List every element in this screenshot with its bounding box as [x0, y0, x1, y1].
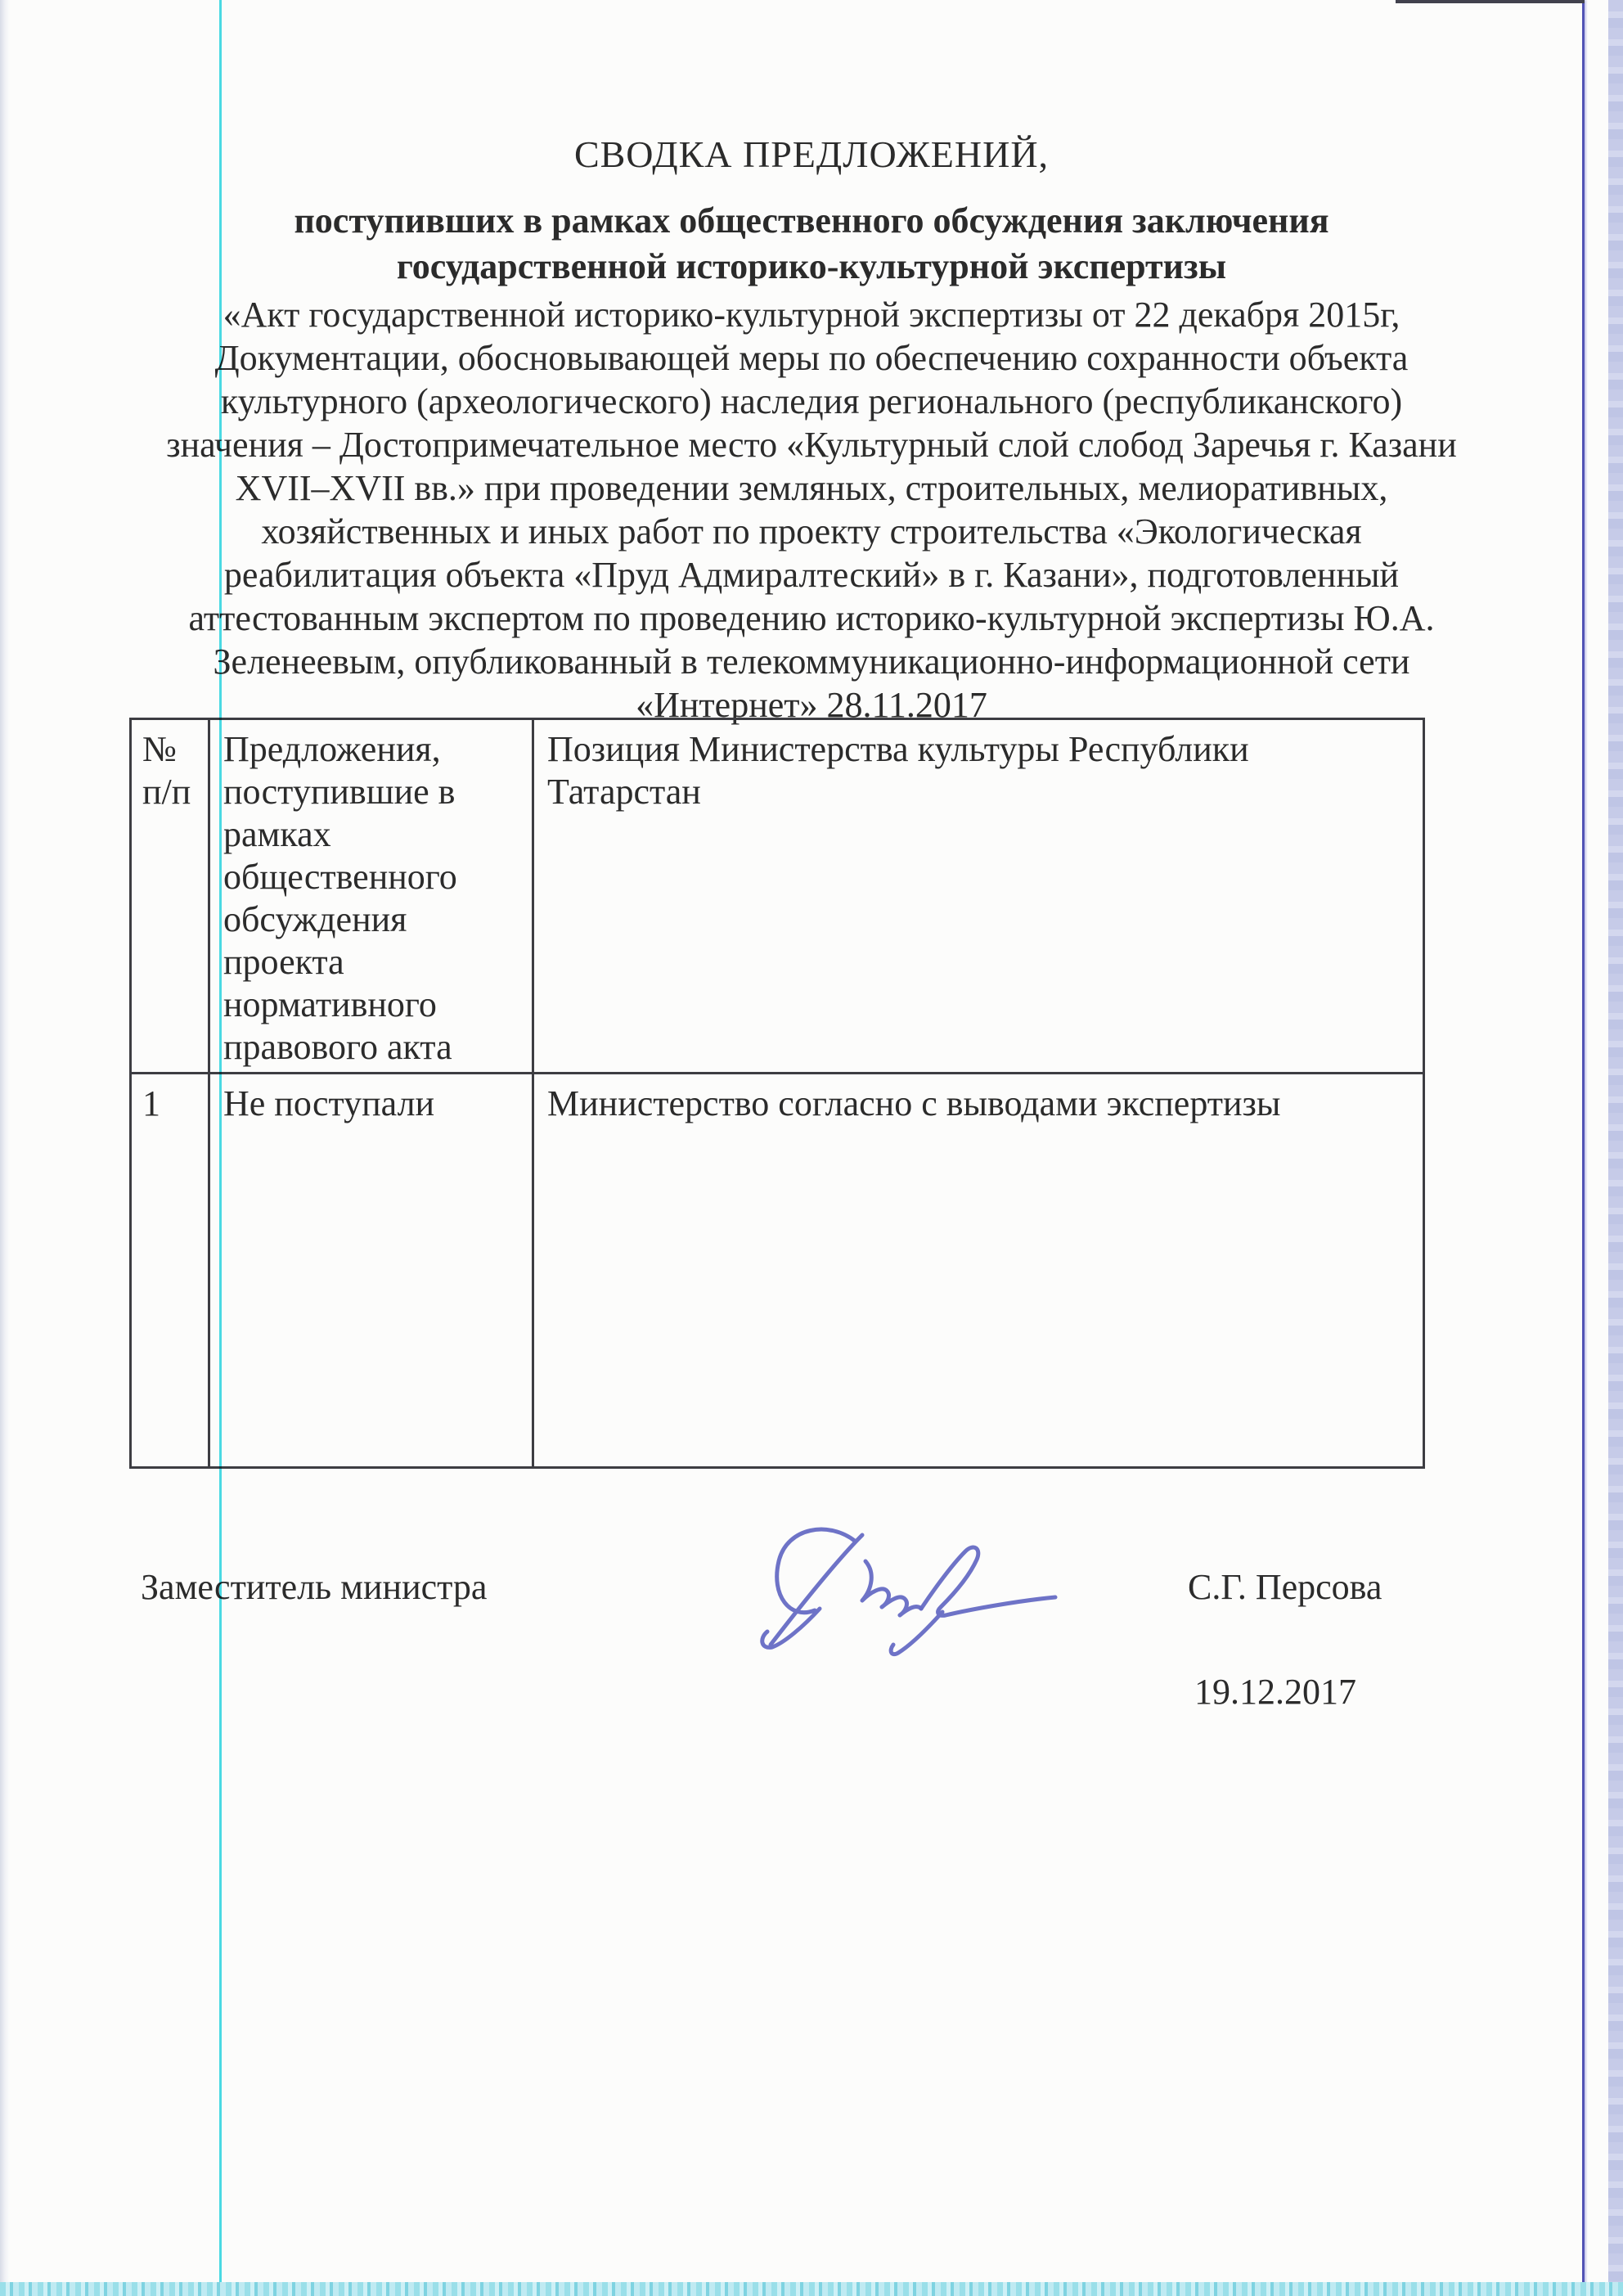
scanned-document-page: СВОДКА ПРЕДЛОЖЕНИЙ, поступивших в рамках…	[0, 0, 1623, 2296]
intro-line: «Акт государственной историко-культурной…	[0, 293, 1623, 336]
signature-date: 19.12.2017	[1194, 1671, 1356, 1713]
intro-line: аттестованным экспертом по проведению ис…	[0, 597, 1623, 640]
document-header: СВОДКА ПРЕДЛОЖЕНИЙ, поступивших в рамках…	[0, 133, 1623, 727]
table-header-number: № п/п	[132, 720, 210, 1074]
table-header-proposals: Предложения, поступившие в рамках общест…	[210, 720, 534, 1074]
table-row-proposal: Не поступали	[210, 1074, 534, 1466]
intro-line: культурного (археологического) наследия …	[0, 380, 1623, 423]
document-intro-paragraph: «Акт государственной историко-культурной…	[0, 293, 1623, 727]
signatory-name: С.Г. Персова	[1188, 1566, 1382, 1608]
document-title: СВОДКА ПРЕДЛОЖЕНИЙ,	[0, 133, 1623, 177]
table-row-position: Министерство согласно с выводами эксперт…	[534, 1074, 1423, 1466]
subtitle-line: поступивших в рамках общественного обсуж…	[0, 198, 1623, 244]
intro-line: значения – Достопримечательное место «Ку…	[0, 423, 1623, 466]
intro-line: реабилитация объекта «Пруд Адмиралтеский…	[0, 553, 1623, 597]
intro-line: XVII–XVII вв.» при проведении земляных, …	[0, 466, 1623, 510]
scan-bottom-edge-band	[0, 2282, 1623, 2296]
intro-line: хозяйственных и иных работ по проекту ст…	[0, 510, 1623, 553]
proposals-table: № п/п Предложения, поступившие в рамках …	[129, 718, 1425, 1469]
signatory-post: Заместитель министра	[141, 1566, 487, 1608]
scan-top-edge-line	[1396, 0, 1585, 3]
table-header-ministry-position: Позиция Министерства культуры Республики…	[534, 720, 1423, 1074]
table-row-number: 1	[132, 1074, 210, 1466]
intro-line: Зеленеевым, опубликованный в телекоммуни…	[0, 640, 1623, 683]
handwritten-signature	[751, 1514, 1078, 1677]
document-subtitle: поступивших в рамках общественного обсуж…	[0, 198, 1623, 290]
subtitle-line: государственной историко-культурной эксп…	[0, 244, 1623, 290]
intro-line: Документации, обосновывающей меры по обе…	[0, 336, 1623, 380]
